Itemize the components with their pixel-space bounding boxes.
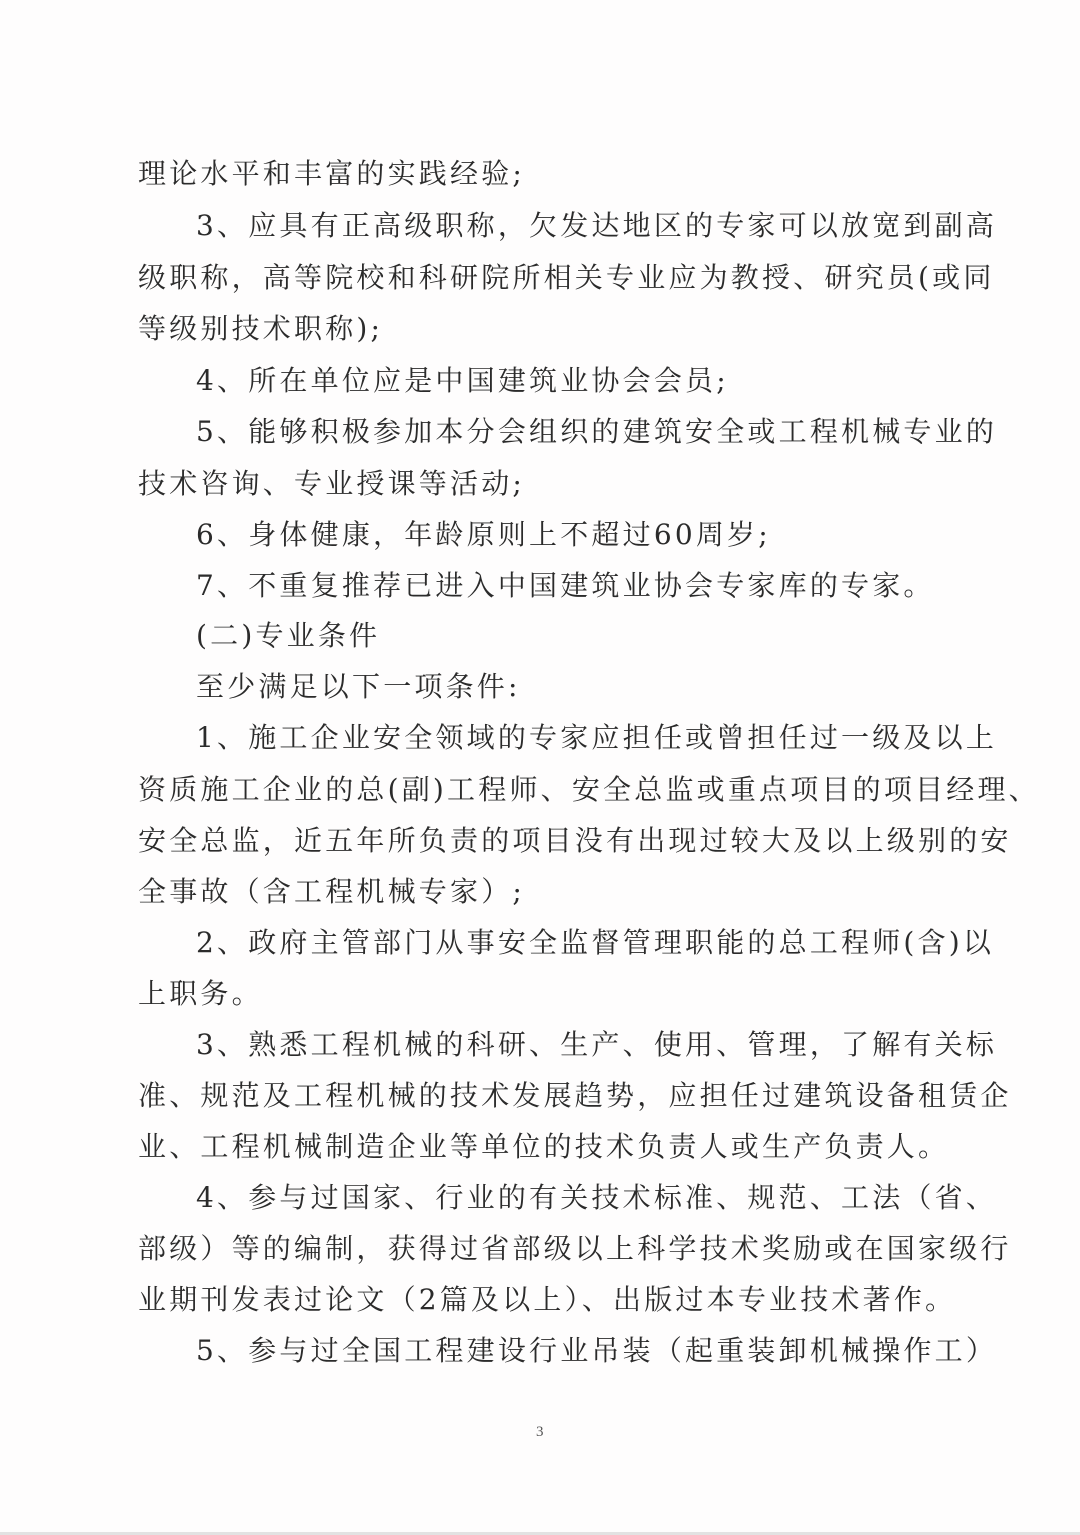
paragraph-line: 等级别技术职称); [138,311,948,347]
paragraph-first-line: 5、能够积极参加本分会组织的建筑安全或工程机械专业的 [196,414,1006,450]
paragraph-line: 级职称，高等院校和科研院所相关专业应为教授、研究员(或同 [138,260,948,296]
paragraph-first-line: 2、政府主管部门从事安全监督管理职能的总工程师(含)以 [196,925,1006,961]
paragraph-line: 全事故（含工程机械专家）; [138,874,948,910]
paragraph-first-line: 6、身体健康，年龄原则上不超过60周岁; [196,517,1006,553]
paragraph-first-line: 3、应具有正高级职称，欠发达地区的专家可以放宽到副高 [196,208,1006,244]
paragraph-line: 上职务。 [138,976,948,1012]
paragraph-first-line: 1、施工企业安全领域的专家应担任或曾担任过一级及以上 [196,720,1006,756]
paragraph-first-line: 4、参与过国家、行业的有关技术标准、规范、工法（省、 [196,1180,1006,1216]
paragraph-first-line: (二)专业条件 [196,618,1006,654]
page-number: 3 [536,1424,544,1441]
paragraph-first-line: 4、所在单位应是中国建筑业协会会员; [196,363,1006,399]
paragraph-line: 安全总监，近五年所负责的项目没有出现过较大及以上级别的安 [138,823,948,859]
paragraph-line: 资质施工企业的总(副)工程师、安全总监或重点项目的项目经理、 [138,772,948,808]
paragraph-first-line: 至少满足以下一项条件: [196,669,1006,705]
document-page: 理论水平和丰富的实践经验;3、应具有正高级职称，欠发达地区的专家可以放宽到副高级… [0,0,1080,1532]
paragraph-line: 业、工程机械制造企业等单位的技术负责人或生产负责人。 [138,1129,948,1165]
paragraph-line: 理论水平和丰富的实践经验; [138,156,948,192]
paragraph-line: 技术咨询、专业授课等活动; [138,466,948,502]
paragraph-first-line: 5、参与过全国工程建设行业吊装（起重装卸机械操作工） [196,1333,1006,1369]
paragraph-first-line: 7、不重复推荐已进入中国建筑业协会专家库的专家。 [196,568,1006,604]
paragraph-line: 准、规范及工程机械的技术发展趋势，应担任过建筑设备租赁企 [138,1078,948,1114]
paragraph-line: 业期刊发表过论文（2篇及以上）、出版过本专业技术著作。 [138,1282,948,1318]
paragraph-line: 部级）等的编制，获得过省部级以上科学技术奖励或在国家级行 [138,1231,948,1267]
paragraph-first-line: 3、熟悉工程机械的科研、生产、使用、管理，了解有关标 [196,1027,1006,1063]
